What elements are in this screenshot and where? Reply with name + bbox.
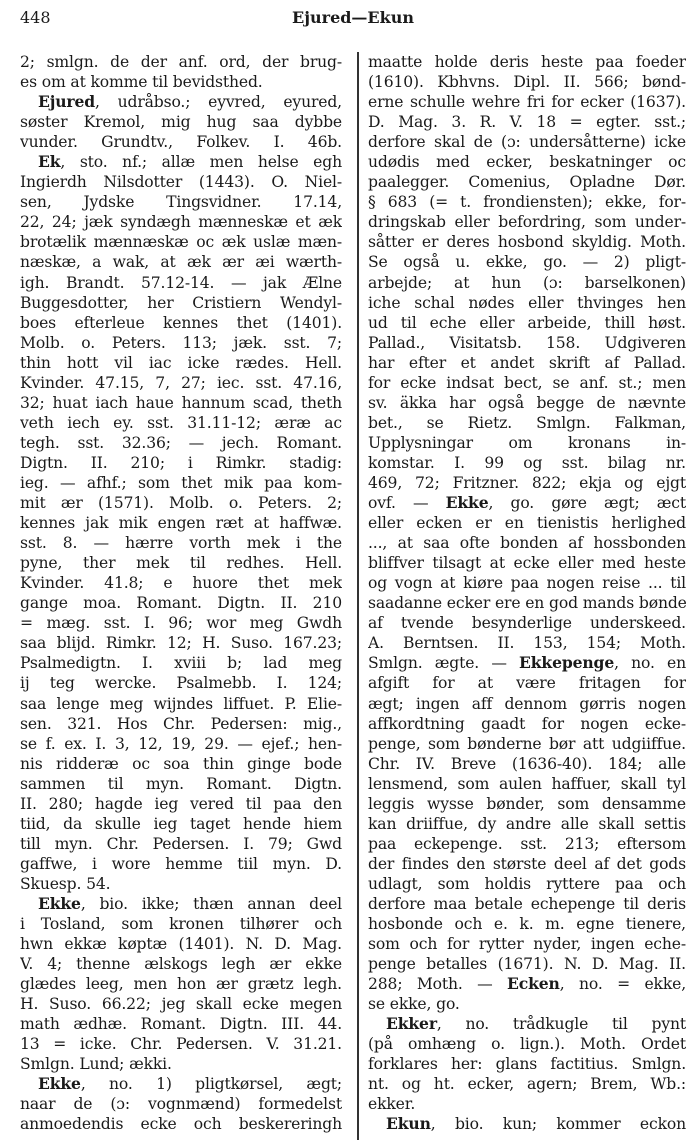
text-line: sv. äkka har også begge de nævnte [368, 393, 686, 413]
line-prefix: 288; Moth. — [368, 975, 507, 993]
entry-headword-line: Ek, sto. nf.; allæ men helse egh [20, 152, 342, 172]
text-line: og vogn at kiøre paa nogen reise ... til [368, 573, 686, 593]
text-line: dringskab eller befordring, som under- [368, 212, 686, 232]
line-text: sst. 8. — hærre vorth mek i the [20, 534, 342, 552]
text-line: arbejde; at hun (ɔ: barselkonen) [368, 273, 686, 293]
text-line: ægt; ingen aff dennom gørris nogen [368, 694, 686, 714]
line-text: § 683 (= t. frondiensten); ekke, for- [368, 193, 686, 211]
line-text: es om at komme til bevidsthed. [20, 73, 263, 91]
text-line: maatte holde deris heste paa foeder [368, 52, 686, 72]
text-line: ekker. [368, 1094, 686, 1114]
line-text: (på omhæng o. lign.). Moth. Ordet [368, 1035, 686, 1053]
text-line: Chr. IV. Breve (1636-40). 184; alle [368, 754, 686, 774]
line-text: brotælik mænnæskæ oc æk uslæ mæn- [20, 233, 342, 251]
line-text: glædes leeg, men hon ær grætz legh. [20, 975, 342, 993]
line-text: udødis med ecker, beskatninger oc [368, 153, 686, 171]
line-text: sen. 321. Hos Chr. Pedersen: mig., [20, 715, 342, 733]
text-line: mit ær (1571). Molb. o. Peters. 2; [20, 493, 342, 513]
line-text: 32; huat iach haue hannum scad, theth [20, 394, 342, 412]
text-line: ij teg wercke. Psalmebb. I. 124; [20, 673, 342, 693]
text-line: 13 = icke. Chr. Pedersen. V. 31.21. [20, 1034, 342, 1054]
text-line: gaffwe, i wore hemme tiil myn. D. [20, 854, 342, 874]
line-text: som och for rytter nyder, ingen eche- [368, 935, 686, 953]
left-column: 2; smlgn. de der anf. ord, der brug-es o… [20, 52, 342, 1135]
line-text: math ædhæ. Romant. Digtn. III. 44. [20, 1015, 342, 1033]
text-line: nis ridderæ oc soa thin ginge bode [20, 754, 342, 774]
text-line: forklares her: glans factitius. Smlgn. [368, 1054, 686, 1074]
line-text: nt. og ht. ecker, agern; Brem, Wb.: [368, 1075, 686, 1093]
text-line: Digtn. II. 210; i Rimkr. stadig: [20, 453, 342, 473]
text-line: som och for rytter nyder, ingen eche- [368, 934, 686, 954]
line-text: 13 = icke. Chr. Pedersen. V. 31.21. [20, 1035, 342, 1053]
line-text: paalegger. Comenius, Opladne Dør. [368, 173, 686, 191]
text-line: es om at komme til bevidsthed. [20, 72, 342, 92]
line-text: boes efterleue kennes thet (1401). [20, 314, 342, 332]
text-line: V. 4; thenne ælskogs legh ær ekke [20, 954, 342, 974]
line-text: , no. = ekke, [560, 975, 686, 993]
text-line: thin hott vil iac icke rædes. Hell. [20, 353, 342, 373]
line-text: Buggesdotter, her Cristiern Wendyl- [20, 294, 342, 312]
line-text: Upplysningar om kronans in- [368, 434, 686, 452]
text-line: penge, som bønderne bør att udgiiffue. [368, 734, 686, 754]
line-text: , sto. nf.; allæ men helse egh [60, 153, 342, 171]
text-line: affkordtning gaadt for nogen ecke- [368, 714, 686, 734]
text-line: bet., se Rietz. Smlgn. Falkman, [368, 413, 686, 433]
line-text: ieg. — afhf.; som thet mik paa kom- [20, 474, 342, 492]
headword: Ekker [386, 1014, 437, 1033]
headword: Ekke [38, 894, 81, 913]
text-line: komstar. I. 99 og sst. bilag nr. [368, 453, 686, 473]
text-line: (på omhæng o. lign.). Moth. Ordet [368, 1034, 686, 1054]
line-text: Smlgn. Lund; ækki. [20, 1055, 172, 1073]
line-text: lensmend, som aulen haffuer, skall tyl [368, 775, 686, 793]
line-text: leggis wysse bønder, som densamme [368, 795, 686, 813]
text-line: naar de (ɔ: vognmænd) formedelst [20, 1094, 342, 1114]
text-line: kennes jak mik engen ræt at haffwæ. [20, 513, 342, 533]
text-line: 469, 72; Fritzner. 822; ekja og ejgt [368, 473, 686, 493]
line-text: saadanne ecker ere en god mands bønder [368, 594, 686, 612]
text-line: ..., at saa ofte bonden af hossbonden [368, 533, 686, 553]
line-text: bet., se Rietz. Smlgn. Falkman, [368, 414, 686, 432]
text-line: lensmend, som aulen haffuer, skall tyl [368, 774, 686, 794]
text-line: penge betalles (1671). N. D. Mag. II. [368, 954, 686, 974]
entry-headword-line: Ekke, bio. ikke; thæn annan deel [20, 894, 342, 914]
text-line: Ingierdh Nilsdotter (1443). O. Niel- [20, 172, 342, 192]
text-line: igh. Brandt. 57.12-14. — jak Ælne [20, 273, 342, 293]
text-line: leggis wysse bønder, som densamme [368, 794, 686, 814]
text-line: Pallad., Visitatsb. 158. Udgiveren [368, 333, 686, 353]
line-text: D. Mag. 3. R. V. 18 = egter. sst.; [368, 113, 686, 131]
text-line: hosbonde och e. k. m. egne tienere, [368, 914, 686, 934]
line-text: , no. 1) pligtkørsel, ægt; [81, 1075, 342, 1093]
text-line: paa eckepenge. sst. 213; eftersom [368, 834, 686, 854]
line-text: for ecke indsat bect, se anf. st.; men [368, 374, 686, 392]
line-text: Molb. o. Peters. 113; jæk. sst. 7; [20, 334, 342, 352]
text-line: næskæ, a wak, at æk ær æi wærth- [20, 252, 342, 272]
headword: Ekun [386, 1114, 431, 1133]
entry-headword-line: 288; Moth. — Ecken, no. = ekke, [368, 974, 686, 994]
line-prefix: Smlgn. ægte. — [368, 654, 519, 672]
line-text: Chr. IV. Breve (1636-40). 184; alle [368, 755, 686, 773]
line-text: komstar. I. 99 og sst. bilag nr. [368, 454, 686, 472]
line-text: arbejde; at hun (ɔ: barselkonen) [368, 274, 686, 292]
line-text: ud til eche eller arbeide, thill høst. [368, 314, 686, 332]
text-line: 22, 24; jæk syndægh mænneskæ et æk [20, 212, 342, 232]
line-text: anmoedendis ecke och beskereringh [20, 1115, 342, 1133]
line-text: affkordtning gaadt for nogen ecke- [368, 715, 686, 733]
line-text: tegh. sst. 32.36; — jech. Romant. [20, 434, 342, 452]
line-prefix: ovf. — [368, 494, 446, 512]
line-text: gange moa. Romant. Digtn. II. 210 [20, 594, 342, 612]
line-text: Ingierdh Nilsdotter (1443). O. Niel- [20, 173, 342, 191]
line-text: penge, som bønderne bør att udgiiffue. [368, 735, 686, 753]
line-text: ekker. [368, 1095, 415, 1113]
text-line: eller ecken er en tienistis herlighed [368, 513, 686, 533]
line-text: bliffver tilsagt at ecke eller med heste [368, 554, 686, 572]
line-text: afgift for at være fritagen for [368, 674, 686, 692]
line-text: sen, Jydske Tingsvidner. 17.14, [20, 193, 342, 211]
line-text: der findes den største deel af det gods [368, 855, 686, 873]
text-line: Buggesdotter, her Cristiern Wendyl- [20, 293, 342, 313]
text-line: Smlgn. Lund; ækki. [20, 1054, 342, 1074]
text-line: H. Suso. 66.22; jeg skall ecke megen [20, 994, 342, 1014]
line-text: sammen til myn. Romant. Digtn. [20, 775, 342, 793]
line-text: pyne, ther mek til redhes. Hell. [20, 554, 342, 572]
headword: Ejured [38, 92, 95, 111]
headword: Ekke [38, 1074, 81, 1093]
text-line: tiid, da skulle ieg taget hende hiem [20, 814, 342, 834]
text-line: saadanne ecker ere en god mands bønder [368, 593, 686, 613]
line-text: derfore maa betale echepenge til deris [368, 895, 686, 913]
line-text: se f. ex. I. 3, 12, 19, 29. — ejef.; hen… [20, 735, 342, 753]
text-line: udlagt, som holdis ryttere paa och [368, 874, 686, 894]
line-text: søster Kremol, mig hug saa dybbe [20, 113, 342, 131]
line-text: , udråbso.; eyvred, eyured, [95, 93, 342, 111]
entry-headword-line: ovf. — Ekke, go. gøre ægt; æct [368, 493, 686, 513]
text-line: tegh. sst. 32.36; — jech. Romant. [20, 433, 342, 453]
page-header: 448 Ejured—Ekun [20, 8, 686, 30]
line-text: ..., at saa ofte bonden af hossbonden [368, 534, 686, 552]
text-line: 32; huat iach haue hannum scad, theth [20, 393, 342, 413]
text-line: af tvende besynderlige underskeed. [368, 613, 686, 633]
text-line: (1610). Kbhvns. Dipl. II. 566; bønd- [368, 72, 686, 92]
text-line: søster Kremol, mig hug saa dybbe [20, 112, 342, 132]
line-text: forklares her: glans factitius. Smlgn. [368, 1055, 686, 1073]
text-line: A. Berntsen. II. 153, 154; Moth. [368, 633, 686, 653]
line-text: Skuesp. 54. [20, 875, 110, 893]
text-line: bliffver tilsagt at ecke eller med heste [368, 553, 686, 573]
text-line: vunder. Grundtv., Folkev. I. 46b. [20, 132, 342, 152]
text-line: paalegger. Comenius, Opladne Dør. [368, 172, 686, 192]
text-line: Kvinder. 41.8; e huore thet mek [20, 573, 342, 593]
line-text: og vogn at kiøre paa nogen reise ... til [368, 574, 686, 592]
line-text: saa blijd. Rimkr. 12; H. Suso. 167.23; [20, 634, 342, 652]
text-line: till myn. Chr. Pedersen. I. 79; Gwd [20, 834, 342, 854]
text-line: ieg. — afhf.; som thet mik paa kom- [20, 473, 342, 493]
text-line: hwn ekkæ køptæ (1401). N. D. Mag. [20, 934, 342, 954]
text-line: for ecke indsat bect, se anf. st.; men [368, 373, 686, 393]
text-line: derfore maa betale echepenge til deris [368, 894, 686, 914]
text-line: afgift for at være fritagen for [368, 673, 686, 693]
line-text: A. Berntsen. II. 153, 154; Moth. [368, 634, 686, 652]
column-divider [357, 52, 359, 1140]
line-text: 2; smlgn. de der anf. ord, der brug- [20, 53, 342, 71]
line-text: igh. Brandt. 57.12-14. — jak Ælne [20, 274, 342, 292]
text-line: glædes leeg, men hon ær grætz legh. [20, 974, 342, 994]
text-line: har efter et andet skrift af Pallad. [368, 353, 686, 373]
running-head: Ejured—Ekun [20, 8, 686, 27]
line-text: dringskab eller befordring, som under- [368, 213, 686, 231]
line-text: iche schal nødes eller thvinges hen [368, 294, 686, 312]
line-text: såtter er deres hosbond skyldig. Moth. [368, 233, 686, 251]
text-line: anmoedendis ecke och beskereringh [20, 1114, 342, 1134]
line-text: V. 4; thenne ælskogs legh ær ekke [20, 955, 342, 973]
line-text: Pallad., Visitatsb. 158. Udgiveren [368, 334, 686, 352]
text-line: erne schulle wehre fri for ecker (1637). [368, 92, 686, 112]
line-text: sv. äkka har også begge de nævnte [368, 394, 686, 412]
line-text: = mæg. sst. I. 96; wor meg Gwdh [20, 614, 342, 632]
line-text: har efter et andet skrift af Pallad. [368, 354, 686, 372]
line-text: II. 280; hagde ieg vered til paa den [20, 795, 342, 813]
line-text: Digtn. II. 210; i Rimkr. stadig: [20, 454, 342, 472]
text-line: 2; smlgn. de der anf. ord, der brug- [20, 52, 342, 72]
text-line: pyne, ther mek til redhes. Hell. [20, 553, 342, 573]
line-text: kennes jak mik engen ræt at haffwæ. [20, 514, 342, 532]
text-line: såtter er deres hosbond skyldig. Moth. [368, 232, 686, 252]
line-text: H. Suso. 66.22; jeg skall ecke megen [20, 995, 342, 1013]
text-line: sen. 321. Hos Chr. Pedersen: mig., [20, 714, 342, 734]
headword: Ek [38, 152, 60, 171]
line-text: i Tosland, som kronen tilhører och [20, 915, 342, 933]
line-text: hwn ekkæ køptæ (1401). N. D. Mag. [20, 935, 342, 953]
text-line: = mæg. sst. I. 96; wor meg Gwdh [20, 613, 342, 633]
line-text: naar de (ɔ: vognmænd) formedelst [20, 1095, 342, 1113]
text-line: sen, Jydske Tingsvidner. 17.14, [20, 192, 342, 212]
entry-headword-line: Ekun, bio. kun; kommer eckon [368, 1114, 686, 1134]
line-text: Kvinder. 41.8; e huore thet mek [20, 574, 342, 592]
entry-headword-line: Smlgn. ægte. — Ekkepenge, no. en [368, 653, 686, 673]
line-text: eller ecken er en tienistis herlighed [368, 514, 686, 532]
right-column: maatte holde deris heste paa foeder(1610… [368, 52, 686, 1135]
line-text: ægt; ingen aff dennom gørris nogen [368, 695, 686, 713]
line-text: saa lenge meg wijndes liffuet. P. Elie- [20, 695, 342, 713]
line-text: paa eckepenge. sst. 213; eftersom [368, 835, 686, 853]
line-text: kan driiffue, dy andre alle skall settis [368, 815, 686, 833]
text-line: gange moa. Romant. Digtn. II. 210 [20, 593, 342, 613]
headword: Ecken [507, 974, 560, 993]
line-text: , bio. kun; kommer eckon [431, 1115, 686, 1133]
text-line: veth iech ey. sst. 31.11-12; æræ ac [20, 413, 342, 433]
line-text: hosbonde och e. k. m. egne tienere, [368, 915, 686, 933]
line-text: gaffwe, i wore hemme tiil myn. D. [20, 855, 342, 873]
text-line: kan driiffue, dy andre alle skall settis [368, 814, 686, 834]
line-text: derfore skal de (ɔ: undersåtterne) icke [368, 133, 686, 151]
text-line: Upplysningar om kronans in- [368, 433, 686, 453]
line-text: , bio. ikke; thæn annan deel [81, 895, 342, 913]
line-text: vunder. Grundtv., Folkev. I. 46b. [20, 133, 342, 151]
line-text: thin hott vil iac icke rædes. Hell. [20, 354, 342, 372]
text-line: i Tosland, som kronen tilhører och [20, 914, 342, 934]
line-text: Kvinder. 47.15, 7, 27; iec. sst. 47.16, [20, 374, 342, 392]
line-text: af tvende besynderlige underskeed. [368, 614, 686, 632]
line-text: penge betalles (1671). N. D. Mag. II. [368, 955, 686, 973]
text-line: II. 280; hagde ieg vered til paa den [20, 794, 342, 814]
text-line: udødis med ecker, beskatninger oc [368, 152, 686, 172]
entry-headword-line: Ekker, no. trådkugle til pynt [368, 1014, 686, 1034]
text-line: brotælik mænnæskæ oc æk uslæ mæn- [20, 232, 342, 252]
line-text: nis ridderæ oc soa thin ginge bode [20, 755, 342, 773]
line-text: Psalmedigtn. I. xviii b; lad meg [20, 654, 342, 672]
line-text: (1610). Kbhvns. Dipl. II. 566; bønd- [368, 73, 686, 91]
line-text: mit ær (1571). Molb. o. Peters. 2; [20, 494, 342, 512]
text-line: sammen til myn. Romant. Digtn. [20, 774, 342, 794]
text-line: math ædhæ. Romant. Digtn. III. 44. [20, 1014, 342, 1034]
text-line: Psalmedigtn. I. xviii b; lad meg [20, 653, 342, 673]
line-text: næskæ, a wak, at æk ær æi wærth- [20, 253, 342, 271]
headword: Ekkepenge [519, 653, 614, 672]
text-line: Se også u. ekke, go. — 2) pligt- [368, 252, 686, 272]
text-line: sst. 8. — hærre vorth mek i the [20, 533, 342, 553]
line-text: erne schulle wehre fri for ecker (1637). [368, 93, 686, 111]
text-line: iche schal nødes eller thvinges hen [368, 293, 686, 313]
line-text: maatte holde deris heste paa foeder [368, 53, 686, 71]
line-text: 22, 24; jæk syndægh mænneskæ et æk [20, 213, 342, 231]
entry-headword-line: Ejured, udråbso.; eyvred, eyured, [20, 92, 342, 112]
text-line: Molb. o. Peters. 113; jæk. sst. 7; [20, 333, 342, 353]
text-line: se f. ex. I. 3, 12, 19, 29. — ejef.; hen… [20, 734, 342, 754]
line-text: Se også u. ekke, go. — 2) pligt- [368, 253, 686, 271]
line-text: udlagt, som holdis ryttere paa och [368, 875, 686, 893]
text-line: nt. og ht. ecker, agern; Brem, Wb.: [368, 1074, 686, 1094]
text-line: D. Mag. 3. R. V. 18 = egter. sst.; [368, 112, 686, 132]
text-line: boes efterleue kennes thet (1401). [20, 313, 342, 333]
line-text: , go. gøre ægt; æct [488, 494, 686, 512]
text-line: § 683 (= t. frondiensten); ekke, for- [368, 192, 686, 212]
text-line: saa lenge meg wijndes liffuet. P. Elie- [20, 694, 342, 714]
line-text: , no. en [614, 654, 686, 672]
text-line: ud til eche eller arbeide, thill høst. [368, 313, 686, 333]
line-text: se ekke, go. [368, 995, 460, 1013]
line-text: veth iech ey. sst. 31.11-12; æræ ac [20, 414, 342, 432]
text-line: der findes den største deel af det gods [368, 854, 686, 874]
text-line: Kvinder. 47.15, 7, 27; iec. sst. 47.16, [20, 373, 342, 393]
line-text: tiid, da skulle ieg taget hende hiem [20, 815, 342, 833]
text-line: se ekke, go. [368, 994, 686, 1014]
text-line: saa blijd. Rimkr. 12; H. Suso. 167.23; [20, 633, 342, 653]
line-text: ij teg wercke. Psalmebb. I. 124; [20, 674, 342, 692]
headword: Ekke [446, 493, 489, 512]
line-text: till myn. Chr. Pedersen. I. 79; Gwd [20, 835, 342, 853]
line-text: , no. trådkugle til pynt [437, 1015, 686, 1033]
line-text: 469, 72; Fritzner. 822; ekja og ejgt [368, 474, 686, 492]
text-line: Skuesp. 54. [20, 874, 342, 894]
entry-headword-line: Ekke, no. 1) pligtkørsel, ægt; [20, 1074, 342, 1094]
text-line: derfore skal de (ɔ: undersåtterne) icke [368, 132, 686, 152]
